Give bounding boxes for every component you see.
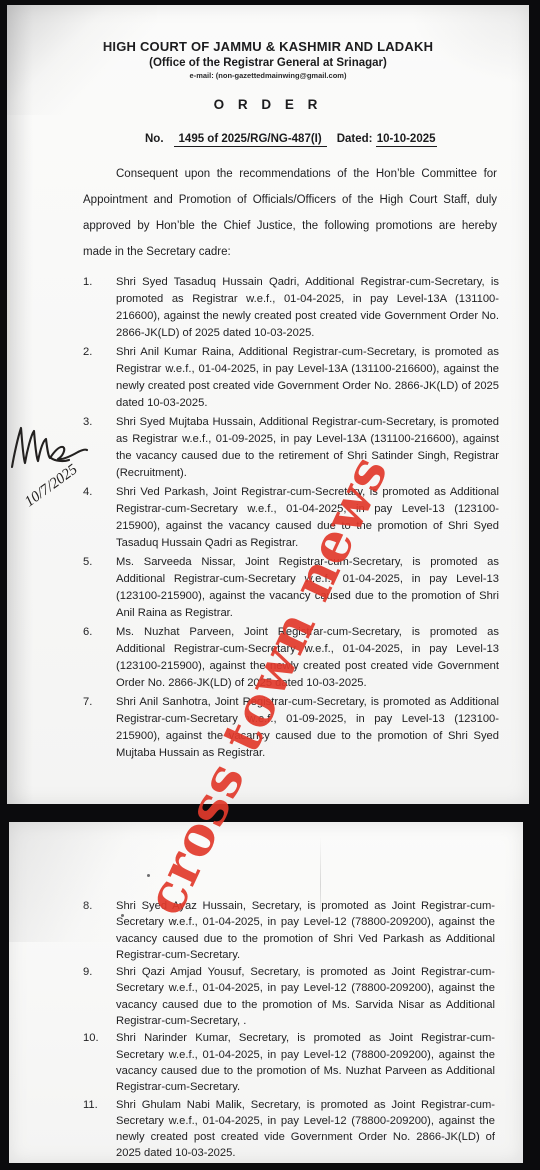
dated-label: Dated: <box>337 133 373 145</box>
order-item-8: 8.Shri Syed Ayaz Hussain, Secretary, is … <box>83 898 495 963</box>
scan-speck <box>174 920 176 922</box>
order-number-line: No.1495 of 2025/RG/NG-487(I)Dated: 10-10… <box>145 133 529 145</box>
scan-speck <box>121 914 124 917</box>
item-number: 8. <box>83 898 116 963</box>
item-text: Shri Anil Sanhotra, Joint Registrar-cum-… <box>116 694 499 762</box>
order-item-10: 10.Shri Narinder Kumar, Secretary, is pr… <box>83 1030 495 1095</box>
scan-crease-line <box>320 837 321 932</box>
court-title: HIGH COURT OF JAMMU & KASHMIR AND LADAKH <box>17 39 519 54</box>
order-no-label: No. <box>145 133 164 145</box>
item-number: 6. <box>83 624 116 692</box>
item-text: Shri Syed Mujtaba Hussain, Additional Re… <box>116 414 499 482</box>
item-number: 10. <box>83 1030 116 1095</box>
item-text: Shri Narinder Kumar, Secretary, is promo… <box>116 1030 495 1095</box>
order-item-11: 11.Shri Ghulam Nabi Malik, Secretary, is… <box>83 1097 495 1162</box>
handwritten-signature: 10/7/2025 <box>7 401 125 519</box>
signature-date: 10/7/2025 <box>22 461 81 510</box>
item-text: Shri Qazi Amjad Yousuf, Secretary, is pr… <box>116 964 495 1029</box>
order-no-value: 1495 of 2025/RG/NG-487(I) <box>174 133 327 147</box>
promotion-list-page-2: 8.Shri Syed Ayaz Hussain, Secretary, is … <box>83 898 495 1162</box>
order-heading: O R D E R <box>7 97 529 112</box>
order-item-3: 3.Shri Syed Mujtaba Hussain, Additional … <box>83 414 499 482</box>
order-item-1: 1.Shri Syed Tasaduq Hussain Qadri, Addit… <box>83 274 499 342</box>
item-text: Shri Syed Tasaduq Hussain Qadri, Additio… <box>116 274 499 342</box>
order-item-2: 2.Shri Anil Kumar Raina, Additional Regi… <box>83 344 499 412</box>
item-number: 9. <box>83 964 116 1029</box>
item-number: 1. <box>83 274 116 342</box>
dated-value: 10-10-2025 <box>376 133 437 147</box>
item-number: 5. <box>83 554 116 622</box>
order-item-4: 4.Shri Ved Parkash, Joint Registrar-cum-… <box>83 484 499 552</box>
item-text: Shri Ghulam Nabi Malik, Secretary, is pr… <box>116 1097 495 1162</box>
order-item-9: 9.Shri Qazi Amjad Yousuf, Secretary, is … <box>83 964 495 1029</box>
intro-paragraph: Consequent upon the recommendations of t… <box>83 161 497 265</box>
item-number: 7. <box>83 694 116 762</box>
email-line: e-mail: (non-gazettedmainwing@gmail.com) <box>17 71 519 80</box>
item-number: 11. <box>83 1097 116 1162</box>
office-subtitle: (Office of the Registrar General at Srin… <box>17 57 519 69</box>
scanned-document-view: HIGH COURT OF JAMMU & KASHMIR AND LADAKH… <box>0 0 540 1170</box>
document-page-2: 8.Shri Syed Ayaz Hussain, Secretary, is … <box>9 822 523 1163</box>
item-text: Shri Anil Kumar Raina, Additional Regist… <box>116 344 499 412</box>
